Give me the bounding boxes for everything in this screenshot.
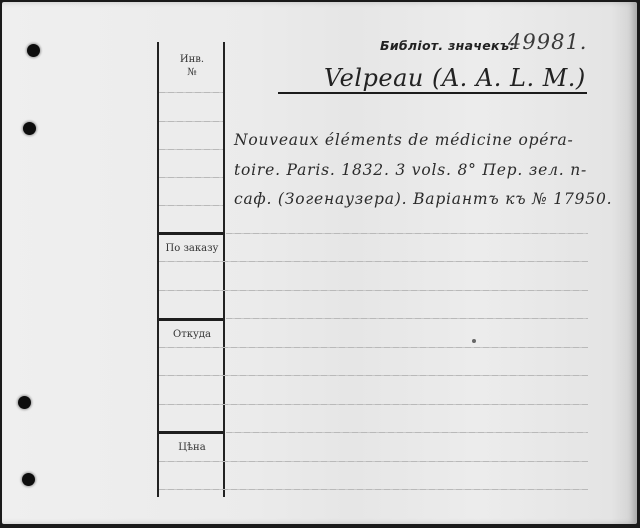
description-line-2: toire. Paris. 1832. 3 vols. 8° Пер. зел.… bbox=[234, 161, 587, 179]
ruled-line bbox=[159, 461, 588, 462]
description-line-3: саф. (Зогенаузера). Варіантъ къ № 17950. bbox=[234, 190, 612, 208]
ruled-line bbox=[159, 347, 588, 348]
author-underline bbox=[278, 92, 587, 94]
ruled-line bbox=[226, 432, 588, 433]
section-divider-tsena bbox=[159, 431, 223, 434]
column-rule bbox=[159, 121, 223, 122]
left-column-border-left bbox=[157, 42, 159, 497]
section-divider-otkuda bbox=[159, 318, 223, 321]
tsena-label: Цѣна bbox=[160, 441, 224, 454]
ruled-line bbox=[226, 233, 588, 234]
inventory-number-label: Инв. № bbox=[160, 53, 224, 79]
ruled-line bbox=[159, 404, 588, 405]
punch-hole-4 bbox=[22, 473, 35, 486]
call-number-label: Библіот. значекъ: bbox=[380, 38, 515, 53]
call-number-value: 49981. bbox=[508, 30, 587, 54]
otkuda-label: Откуда bbox=[160, 328, 224, 341]
ruled-line bbox=[159, 290, 588, 291]
column-rule bbox=[159, 149, 223, 150]
ruled-line bbox=[159, 375, 588, 376]
ruled-line bbox=[226, 318, 588, 319]
paper-speck bbox=[472, 339, 476, 343]
ruled-line bbox=[159, 489, 588, 490]
catalog-card: Инв. № По заказу Откуда Цѣна Библіот. зн… bbox=[2, 2, 637, 524]
inventory-label-line1: Инв. bbox=[160, 53, 224, 66]
punch-hole-1 bbox=[27, 44, 40, 57]
column-rule bbox=[159, 205, 223, 206]
po-zakazu-label: По заказу bbox=[160, 242, 224, 255]
punch-hole-3 bbox=[18, 396, 31, 409]
section-divider-po-zakazu bbox=[159, 232, 223, 235]
author-name: Velpeau (A. A. L. M.) bbox=[324, 64, 586, 92]
punch-hole-2 bbox=[23, 122, 36, 135]
column-rule bbox=[159, 92, 223, 93]
column-rule bbox=[159, 177, 223, 178]
left-column-border-right bbox=[223, 42, 225, 497]
ruled-line bbox=[159, 261, 588, 262]
inventory-label-line2: № bbox=[160, 66, 224, 79]
description-line-1: Nouveaux éléments de médicine opéra- bbox=[234, 131, 574, 149]
